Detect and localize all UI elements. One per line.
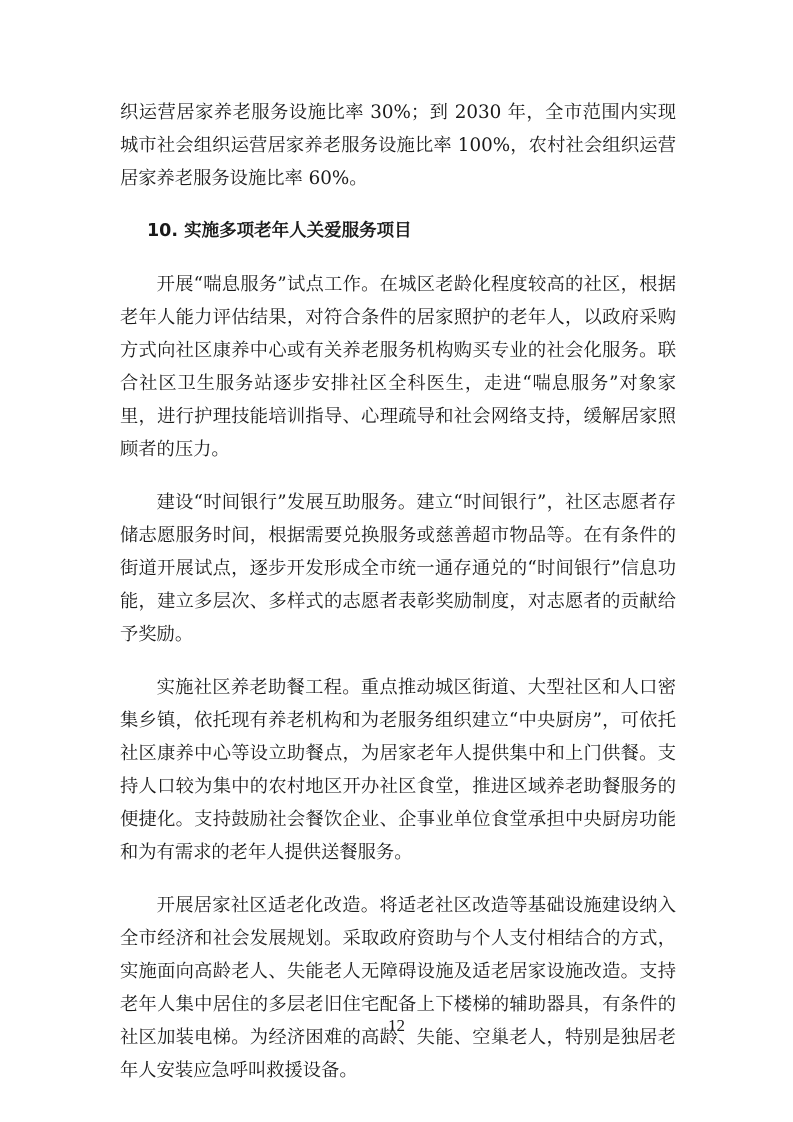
section-heading: 10. 实施多项老年人关爱服务项目 [120,215,676,248]
paragraph-aging-friendly-renovation: 开展居家社区适老化改造。将适老社区改造等基础设施建设纳入全市经济和社会发展规划。… [120,889,676,1087]
paragraph-meal-assistance: 实施社区养老助餐工程。重点推动城区街道、大型社区和人口密集乡镇，依托现有养老机构… [120,671,676,869]
page-number: 12 [0,1016,793,1036]
paragraph-time-bank: 建设“时间银行”发展互助服务。建立“时间银行”，社区志愿者存储志愿服务时间，根据… [120,486,676,651]
paragraph-respite-service: 开展“喘息服务”试点工作。在城区老龄化程度较高的社区，根据老年人能力评估结果，对… [120,268,676,466]
continued-paragraph: 织运营居家养老服务设施比率 30%；到 2030 年，全市范围内实现城市社会组织… [120,96,676,195]
document-page: 织运营居家养老服务设施比率 30%；到 2030 年，全市范围内实现城市社会组织… [120,96,676,1107]
